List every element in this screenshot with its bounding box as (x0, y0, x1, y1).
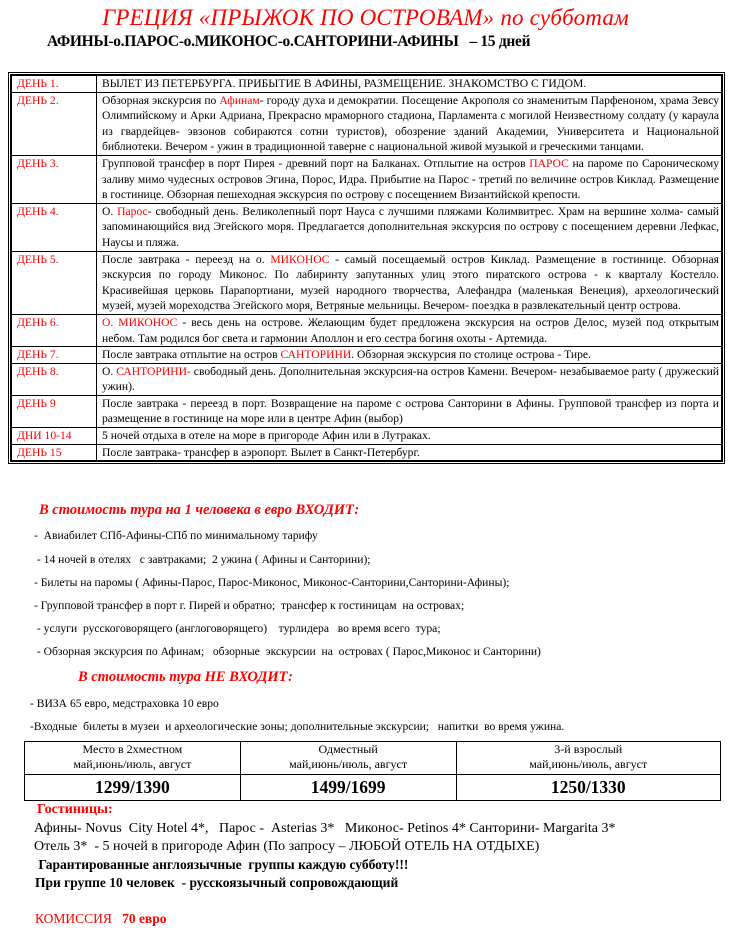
day-description: О. Парос- свободный день. Великолепный п… (97, 203, 722, 251)
hotels-heading: Гостиницы: (37, 802, 113, 818)
highlighted-place: О. МИКОНОС (102, 316, 177, 329)
description-text: Групповой трансфер в порт Пирея - древни… (102, 157, 529, 170)
day-description: Обзорная экскурсия по Афинам- городу дух… (97, 92, 722, 155)
day-description: О. САНТОРИНИ- свободный день. Дополнител… (97, 363, 722, 395)
itinerary-row: ДЕНЬ 6.О. МИКОНОС - весь день на острове… (12, 314, 722, 346)
price-col-header: Место в 2хместном май,июнь/июль, август (25, 742, 241, 775)
room-type: Место в 2хместном (25, 742, 240, 757)
day-description: Групповой трансфер в порт Пирея - древни… (97, 155, 722, 203)
not-included-heading: В стоимость тура НЕ ВХОДИТ: (78, 669, 293, 686)
description-text: . Обзорная экскурсия по столице острова … (351, 348, 591, 361)
day-label: ДЕНЬ 6. (12, 314, 97, 346)
price-col-header: 3-й взрослый май,июнь/июль, август (456, 742, 721, 775)
itinerary-row: ДЕНЬ 15После завтрака- трансфер в аэропо… (12, 444, 722, 461)
included-heading: В стоимость тура на 1 человека в евро ВХ… (39, 502, 359, 519)
group-escort-note: При группе 10 человек - русскоязычный со… (35, 875, 398, 891)
day-description: 5 ночей отдыха в отеле на море в пригоро… (97, 428, 722, 445)
season-months: май,июнь/июль, август (25, 757, 240, 772)
day-description: ВЫЛЕТ ИЗ ПЕТЕРБУРГА. ПРИБЫТИЕ В АФИНЫ, Р… (97, 76, 722, 93)
highlighted-place: МИКОНОС (270, 253, 329, 266)
included-item: - Авиабилет СПб-Афины-СПб по минимальном… (34, 529, 318, 542)
price-value: 1250/1330 (456, 775, 721, 801)
itinerary-row: ДЕНЬ 8.О. САНТОРИНИ- свободный день. Доп… (12, 363, 722, 395)
description-text: После завтрака - переезд на о. (102, 253, 270, 266)
description-text: ВЫЛЕТ ИЗ ПЕТЕРБУРГА. ПРИБЫТИЕ В АФИНЫ, Р… (102, 77, 586, 90)
highlighted-place: Парос (117, 205, 148, 218)
price-value: 1499/1699 (240, 775, 456, 801)
description-text: - свободный день. Великолепный порт Наус… (102, 205, 719, 249)
itinerary-row: ДНИ 10-145 ночей отдыха в отеле на море … (12, 428, 722, 445)
commission-label: КОМИССИЯ (35, 911, 122, 926)
season-months: май,июнь/июль, август (457, 757, 721, 772)
itinerary-row: ДЕНЬ 1.ВЫЛЕТ ИЗ ПЕТЕРБУРГА. ПРИБЫТИЕ В А… (12, 76, 722, 93)
price-value: 1299/1390 (25, 775, 241, 801)
day-label: ДЕНЬ 9 (12, 395, 97, 427)
description-text: О. (102, 205, 117, 218)
price-table: Место в 2хместном май,июнь/июль, август … (24, 741, 721, 801)
day-description: О. МИКОНОС - весь день на острове. Желаю… (97, 314, 722, 346)
hotels-suburb: Отель 3* - 5 ночей в пригороде Афин (По … (34, 839, 539, 855)
description-text: О. (102, 365, 116, 378)
description-text: свободный день. Дополнительная экскурсия… (102, 365, 719, 394)
season-months: май,июнь/июль, август (241, 757, 456, 772)
day-description: После завтрака - переезд на о. МИКОНОС -… (97, 251, 722, 314)
description-text: 5 ночей отдыха в отеле на море в пригоро… (102, 429, 431, 442)
day-description: После завтрака- трансфер в аэропорт. Выл… (97, 444, 722, 461)
itinerary-row: ДЕНЬ 2.Обзорная экскурсия по Афинам- гор… (12, 92, 722, 155)
itinerary-row: ДЕНЬ 9После завтрака - переезд в порт. В… (12, 395, 722, 427)
room-type: Одместный (241, 742, 456, 757)
route-subtitle: АФИНЫ-о.ПАРОС-о.МИКОНОС-о.САНТОРИНИ-АФИН… (47, 33, 530, 51)
day-label: ДЕНЬ 3. (12, 155, 97, 203)
itinerary-table: ДЕНЬ 1.ВЫЛЕТ ИЗ ПЕТЕРБУРГА. ПРИБЫТИЕ В А… (8, 72, 725, 464)
description-text: - весь день на острове. Желающим будет п… (102, 316, 719, 345)
highlighted-place: САНТОРИНИ- (116, 365, 191, 378)
itinerary-grid: ДЕНЬ 1.ВЫЛЕТ ИЗ ПЕТЕРБУРГА. ПРИБЫТИЕ В А… (11, 75, 722, 461)
day-description: После завтрака отплытие на остров САНТОР… (97, 347, 722, 364)
description-text: После завтрака отплытие на остров (102, 348, 280, 361)
day-label: ДЕНЬ 7. (12, 347, 97, 364)
included-item: - Групповой трансфер в порт г. Пирей и о… (34, 599, 464, 612)
day-label: ДЕНЬ 2. (12, 92, 97, 155)
highlighted-place: САНТОРИНИ (280, 348, 351, 361)
included-item: - Обзорная экскурсия по Афинам; обзорные… (34, 645, 541, 658)
price-col-header: Одместный май,июнь/июль, август (240, 742, 456, 775)
itinerary-row: ДЕНЬ 5.После завтрака - переезд на о. МИ… (12, 251, 722, 314)
day-label: ДЕНЬ 5. (12, 251, 97, 314)
itinerary-row: ДЕНЬ 3. Групповой трансфер в порт Пирея … (12, 155, 722, 203)
room-type: 3-й взрослый (457, 742, 721, 757)
included-item: - Билеты на паромы ( Афины-Парос, Парос-… (34, 576, 509, 589)
description-text: После завтрака - переезд в порт. Возвращ… (102, 397, 719, 426)
itinerary-row: ДЕНЬ 4.О. Парос- свободный день. Великол… (12, 203, 722, 251)
hotels-list: Афины- Novus City Hotel 4*, Парос - Aste… (34, 821, 615, 837)
day-label: ДНИ 10-14 (12, 428, 97, 445)
not-included-item: -Входные билеты в музеи и археологически… (30, 720, 564, 733)
not-included-item: - ВИЗА 65 евро, медстраховка 10 евро (30, 697, 219, 710)
included-item: - услуги русскоговорящего (англоговоряще… (34, 622, 441, 635)
description-text: После завтрака- трансфер в аэропорт. Выл… (102, 446, 420, 459)
day-label: ДЕНЬ 1. (12, 76, 97, 93)
highlighted-place: ПАРОС (529, 157, 569, 170)
day-label: ДЕНЬ 4. (12, 203, 97, 251)
itinerary-row: ДЕНЬ 7.После завтрака отплытие на остров… (12, 347, 722, 364)
included-item: - 14 ночей в отелях с завтраками; 2 ужин… (34, 553, 371, 566)
guaranteed-groups-note: Гарантированные англоязычные группы кажд… (35, 857, 408, 873)
day-label: ДЕНЬ 8. (12, 363, 97, 395)
day-label: ДЕНЬ 15 (12, 444, 97, 461)
highlighted-place: Афинам (219, 94, 259, 107)
day-description: После завтрака - переезд в порт. Возвращ… (97, 395, 722, 427)
commission-value: 70 евро (122, 911, 166, 926)
page-title: ГРЕЦИЯ «ПРЫЖОК ПО ОСТРОВАМ» по субботам (0, 5, 731, 31)
commission: КОМИССИЯ 70 евро (35, 911, 166, 927)
description-text: Обзорная экскурсия по (102, 94, 219, 107)
